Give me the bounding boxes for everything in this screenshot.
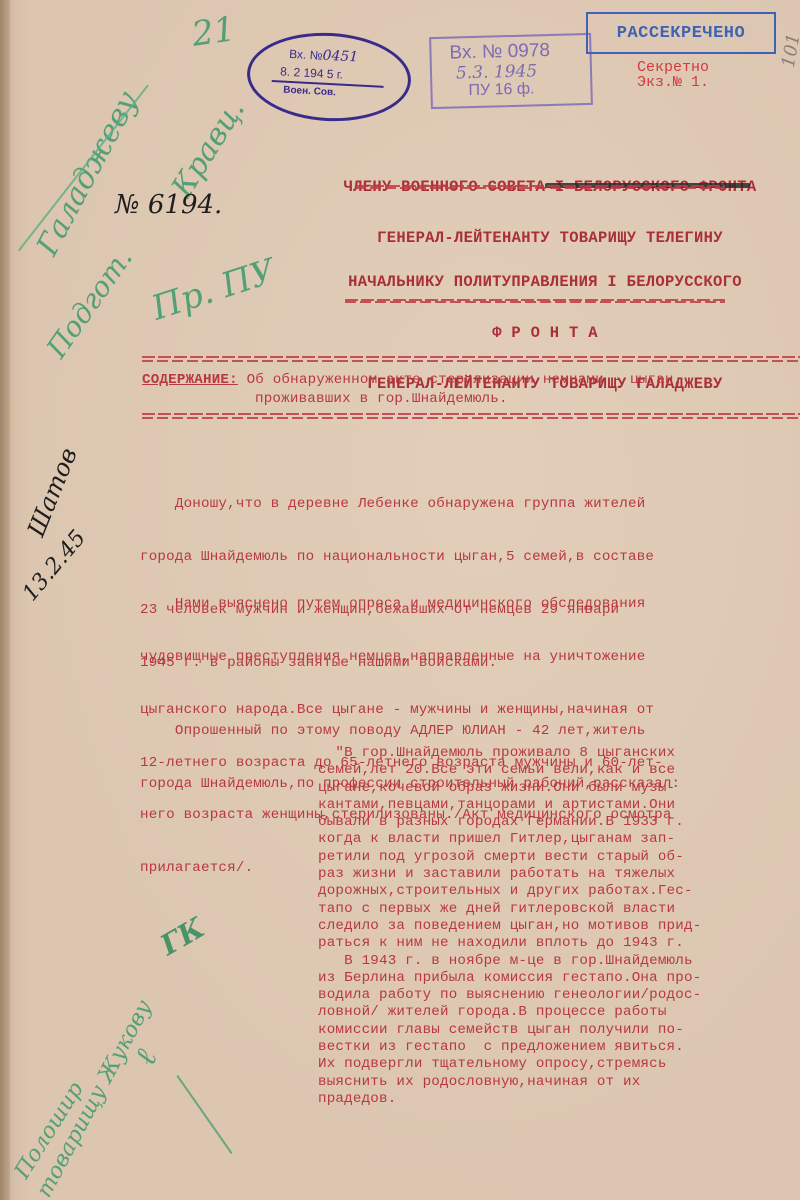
handwritten-note-pu: Пр. ПУ [147,251,280,328]
declassified-stamp: РАССЕКРЕЧЕНО [586,12,776,54]
testimony-quote: "В гор.Шнайдемюль проживало 8 цыганскихс… [318,745,701,1108]
handwritten-bottom-stroke [176,1075,232,1154]
quote-line: выяснить их родословную,начиная от их [318,1074,701,1091]
quote-line: вестки из гестапо с предложением явиться… [318,1039,701,1056]
addressee-2-line1: НАЧАЛЬНИКУ ПОЛИТУПРАВЛЕНИЯ I БЕЛОРУССКОГ… [310,274,780,291]
quote-line: комиссии главы семейств цыган получили п… [318,1022,701,1039]
quote-line: бывали в разных городах Германии.В 1933 … [318,814,701,831]
quote-line: цыгане,кочевой образ жизни.Они были музы… [318,780,701,797]
incoming-rect-stamp: Вх. № 0978 5.3. 1945 ПУ 16 ф. [429,33,593,109]
quote-line: Их подвергли тщательному опросу,стремясь [318,1056,701,1073]
handwritten-registration-number: № 6194. [115,190,222,220]
handwritten-side-note: Шатов [22,444,83,541]
paragraph-line: Опрошенный по этому поводу АДЛЕР ЮЛИАН -… [140,723,680,741]
quote-line: кантами,певцами,танцорами и артистами.Он… [318,797,701,814]
subject-bottom-rule [142,413,800,419]
handwritten-bottom-signature: ℓ [128,1044,165,1070]
incoming-oval-stamp: Вх. №0451 8. 2 194 5 г. Воен. Сов. [245,29,413,125]
addressee-1-rule [355,185,725,189]
paragraph-line: чудовищные преступления немцев,направлен… [140,649,672,667]
quote-line: ретили под угрозой смерти вести старый о… [318,849,701,866]
quote-line: раз жизни и заставили работать на тяжелы… [318,866,701,883]
quote-line: "В гор.Шнайдемюль проживало 8 цыганских [318,745,701,762]
quote-line: следило за поведением цыган,но мотивов п… [318,918,701,935]
addressee-2-rule [345,299,725,303]
oval-stamp-line1: Вх. №0451 [289,46,359,66]
subject-line1: СОДЕРЖАНИЕ: Об обнаруженном акте стерили… [142,372,682,390]
oval-stamp-date: 8. 2 194 5 г. [280,64,344,81]
quote-line: раться к ним не находили вплоть до 1943 … [318,935,701,952]
quote-line: ловной/ жителей города.В процессе работы [318,1004,701,1021]
quote-line: тапо с первых же дней гитлеровской власт… [318,901,701,918]
subject-line2: проживавших в гор.Шнайдемюль. [255,391,508,409]
handwritten-side-date: 13.2.45 [18,526,91,606]
quote-line: семей,лет 20.Все эти семьи вели,как и вс… [318,762,701,779]
quote-line: прадедов. [318,1091,701,1108]
handwritten-corner-mark: 101 [778,32,800,69]
document-page: 21 Галаджеву Кравц. Подгот. Пр. ПУ № 619… [0,0,800,1200]
classification-mark: Секретно Экз.№ 1. [637,60,709,90]
handwritten-diagonal-line [18,85,149,252]
paragraph-line: Нами выяснено путем опроса и медицинског… [140,596,672,614]
quote-line: когда к власти пришел Гитлер,цыганам зап… [318,831,701,848]
quote-line: водила работу по выяснению генеологии/ро… [318,987,701,1004]
handwritten-bottom-initials: ГК [155,911,210,962]
quote-line: В 1943 г. в ноябре м-це в гор.Шнайдемюль [318,953,701,970]
oval-stamp-dept: Воен. Сов. [283,85,336,99]
addressee-2-line2: Ф Р О Н Т А [310,325,780,342]
handwritten-bottom-note-2: товарищу Жукову [32,996,157,1200]
quote-line: дорожных,строительных и других работах.Г… [318,883,701,900]
handwritten-top-number: 21 [189,9,237,55]
handwritten-note-kravts: Кравц. [165,93,252,203]
subject-top-rule [142,356,800,362]
binding-edge [0,0,10,1200]
copy-number: Экз.№ 1. [637,75,709,90]
classification-label: Секретно [637,60,709,75]
quote-line: из Берлина прибыла комиссия гестапо.Она … [318,970,701,987]
subject-label: СОДЕРЖАНИЕ: [142,372,238,388]
handwritten-note-podgot: Подгот. [40,242,139,364]
rect-stamp-dept: ПУ 16 ф. [468,80,534,100]
paragraph-line: Доношу,что в деревне Лебенке обнаружена … [140,496,654,514]
